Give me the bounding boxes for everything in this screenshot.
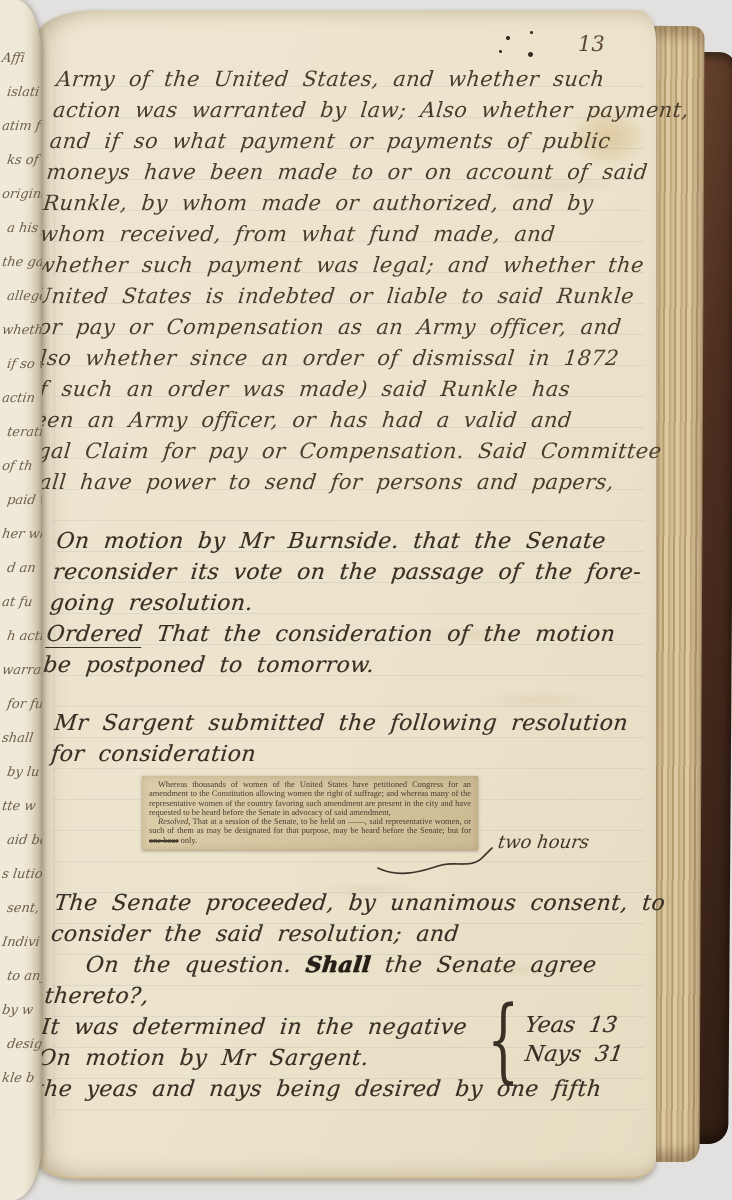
- margin-fragment: d an: [0, 552, 42, 586]
- ink-speck: [499, 50, 502, 53]
- sargent-submission-paragraph: Mr Sargent submitted the following resol…: [49, 708, 629, 770]
- manuscript-line: reconsider its vote on the passage of th…: [51, 557, 642, 588]
- journal-page: 13 Army of the United States, and whethe…: [38, 10, 656, 1179]
- margin-fragment: actin: [0, 382, 42, 416]
- margin-fragment: Indivi: [0, 926, 42, 960]
- margin-fragment: atim f: [0, 110, 42, 144]
- manuscript-line: (if such an order was made) said Runkle …: [22, 374, 669, 405]
- manuscript-line: action was warranted by law; Also whethe…: [51, 95, 698, 126]
- margin-fragment: islati: [0, 76, 42, 110]
- yeas-row: Yeas13: [523, 1013, 625, 1038]
- margin-fragment: by w: [0, 994, 42, 1028]
- ink-speck: [506, 36, 510, 40]
- clipping-whereas-paragraph: Whereas thousands of women of the United…: [149, 780, 471, 817]
- manuscript-line: shall have power to send for persons and…: [12, 467, 659, 498]
- manuscript-line: for consideration: [49, 739, 626, 770]
- question-line: On the question. Shall the Senate agree: [46, 950, 660, 981]
- margin-fragment: Affi: [0, 42, 42, 76]
- question-after: the Senate agree: [369, 953, 597, 978]
- two-hours-annotation: two hours: [497, 832, 591, 853]
- manuscript-line: also whether since an order of dismissal…: [25, 343, 672, 374]
- manuscript-line: going resolution.: [48, 588, 639, 619]
- margin-fragment: to any: [0, 960, 42, 994]
- margin-fragment: design: [0, 1028, 42, 1062]
- ordered-word: Ordered: [45, 622, 144, 648]
- manuscript-line: moneys have been made to or on account o…: [45, 157, 692, 188]
- motion-burnside-paragraph: On motion by Mr Burnside. that the Senat…: [42, 526, 646, 681]
- clipping-resolved-paragraph: Resolved, That at a session of the Senat…: [149, 817, 471, 845]
- senate-proceeded-lines: The Senate proceeded, by unanimous conse…: [49, 888, 666, 950]
- yeas-label: Yeas: [523, 1013, 577, 1038]
- manuscript-line: legal Claim for pay or Compensation. Sai…: [16, 436, 663, 467]
- facing-page-edge: Affiislatiatim fks of toriginala his fth…: [0, 0, 42, 1200]
- printed-resolution-clipping: Whereas thousands of women of the United…: [142, 776, 478, 850]
- ordered-line-2: be postponed to tomorrow.: [42, 650, 633, 681]
- resolved-label: Resolved,: [158, 817, 190, 826]
- scanned-journal-photo: 13 Army of the United States, and whethe…: [0, 0, 732, 1200]
- question-shall-word: Shall: [304, 952, 372, 978]
- margin-fragment: s lutio: [0, 858, 42, 892]
- margin-fragment: warrai: [0, 654, 42, 688]
- manuscript-line: for pay or Compensation as an Army offic…: [29, 312, 676, 343]
- whereas-text: Whereas thousands of women of the United…: [149, 780, 471, 817]
- manuscript-line: Runkle, by whom made or authorized, and …: [42, 188, 689, 219]
- manuscript-line: On motion by Mr Burnside. that the Senat…: [55, 526, 646, 557]
- manuscript-line: and if so what payment or payments of pu…: [48, 126, 695, 157]
- nays-label: Nays: [523, 1042, 583, 1067]
- margin-fragment: shall: [0, 722, 42, 756]
- margin-fragment: for fu: [0, 688, 42, 722]
- margin-fragment: paid w: [0, 484, 42, 518]
- margin-fragment: teratio: [0, 416, 42, 450]
- manuscript-line: Mr Sargent submitted the following resol…: [53, 708, 630, 739]
- manuscript-line: consider the said resolution; and: [49, 919, 663, 950]
- vote-tally: { Yeas13 Nays31: [474, 994, 623, 1086]
- manuscript-line: United States is indebted or liable to s…: [32, 281, 679, 312]
- margin-fragment: her wh: [0, 518, 42, 552]
- manuscript-line: The Senate proceeded, by unanimous conse…: [53, 888, 667, 919]
- manuscript-line: whom received, from what fund made, and: [38, 219, 685, 250]
- struck-duration-text: one hour: [149, 836, 179, 845]
- facing-page-text-fragments: Affiislatiatim fks of toriginala his fth…: [2, 42, 42, 1096]
- margin-fragment: original: [0, 178, 42, 212]
- motion-reconsider-lines: On motion by Mr Burnside. that the Senat…: [48, 526, 646, 619]
- ordered-rest: That the consideration of the motion: [141, 622, 616, 647]
- caret-line: [376, 842, 506, 884]
- margin-fragment: the ga: [0, 246, 42, 280]
- ink-speck: [528, 52, 533, 57]
- margin-fragment: a his f: [0, 212, 42, 246]
- tally-column: Yeas13 Nays31: [525, 1013, 623, 1067]
- resolved-text: That at a session of the Senate, to be h…: [149, 817, 471, 835]
- page-number: 13: [578, 32, 605, 56]
- margin-fragment: ks of t: [0, 144, 42, 178]
- ink-speck: [530, 31, 533, 34]
- margin-fragment: whethe: [0, 314, 42, 348]
- tally-brace: {: [487, 994, 519, 1086]
- nays-row: Nays31: [523, 1042, 625, 1067]
- manuscript-line: whether such payment was legal; and whet…: [35, 250, 682, 281]
- margin-fragment: of th: [0, 450, 42, 484]
- yeas-value: 13: [587, 1013, 619, 1038]
- margin-fragment: aid bef: [0, 824, 42, 858]
- margin-fragment: by lu: [0, 756, 42, 790]
- margin-fragment: at fu: [0, 586, 42, 620]
- margin-fragment: tte w: [0, 790, 42, 824]
- manuscript-line: Army of the United States, and whether s…: [55, 64, 702, 95]
- ordered-line: Ordered That the consideration of the mo…: [45, 619, 636, 650]
- resolution-continuation-paragraph: Army of the United States, and whether s…: [12, 64, 702, 498]
- margin-fragment: if so w: [0, 348, 42, 382]
- margin-fragment: kle b: [0, 1062, 42, 1096]
- margin-fragment: h acti: [0, 620, 42, 654]
- resolved-after: only.: [179, 836, 198, 845]
- margin-fragment: sent, w: [0, 892, 42, 926]
- question-before: On the question.: [85, 953, 308, 978]
- margin-fragment: alleged: [0, 280, 42, 314]
- nays-value: 31: [593, 1042, 625, 1067]
- manuscript-line: been an Army officer, or has had a valid…: [19, 405, 666, 436]
